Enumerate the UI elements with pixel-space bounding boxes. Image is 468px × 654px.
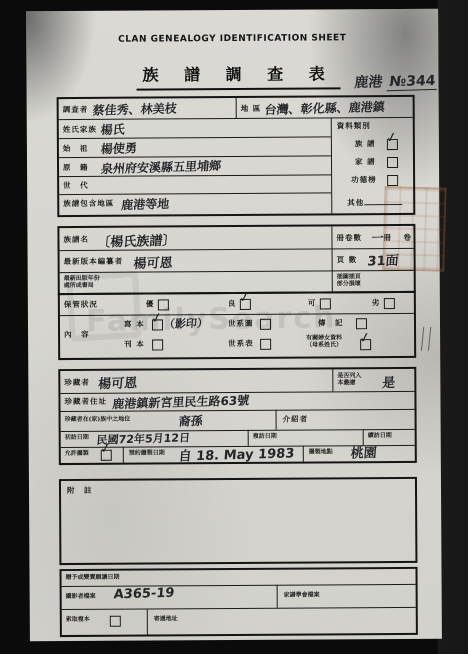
condition-fair-checkbox bbox=[320, 298, 331, 309]
keeper-value: 楊可恩 bbox=[98, 372, 139, 392]
area-label: 地 區 bbox=[241, 105, 262, 114]
first-ancestor-label: 始 祖 bbox=[63, 145, 89, 154]
content-lineage-table-checkbox bbox=[260, 339, 271, 350]
content-women-data-checkbox: ✓ bbox=[360, 339, 371, 350]
pages-value: 31面 bbox=[367, 250, 400, 270]
content-biography-checkbox bbox=[356, 318, 367, 329]
request-copy-label: 索取複本 bbox=[66, 617, 90, 624]
first-visit-label: 初訪日期 bbox=[65, 435, 89, 442]
photographer-file-label: 攝影者檔案 bbox=[66, 594, 96, 601]
introducer-label: 介紹者 bbox=[283, 416, 309, 425]
serial-prefix: 鹿港 bbox=[354, 74, 383, 91]
volumes-unit-ce: 冊 bbox=[383, 234, 392, 243]
condition-poor-label: 劣 bbox=[372, 299, 381, 308]
keeper-label: 珍藏者 bbox=[64, 379, 90, 388]
condition-good-label: 良 bbox=[228, 300, 237, 309]
filming-permitted-checkbox: ✓ bbox=[101, 450, 112, 461]
keeper-position-value: 裔孫 bbox=[178, 412, 203, 430]
content-lineage-table-label: 世系表 bbox=[228, 340, 254, 349]
serial-no: №344 bbox=[387, 73, 438, 91]
area-value: 台灣、彰化縣、鹿港鎮 bbox=[264, 98, 386, 118]
revisit-label: 複訪日期 bbox=[253, 434, 277, 441]
form-paper: FamilySearch CLAN GENEALOGY IDENTIFICATI… bbox=[26, 9, 442, 642]
transfer-date-label: 贈予或變賣願讓日期 bbox=[66, 575, 120, 582]
keeper-position-label: 珍藏者在(家)族中之地位 bbox=[65, 417, 131, 424]
content-printed-checkbox bbox=[152, 339, 163, 350]
category-other-label: 其他 bbox=[347, 196, 402, 208]
notes-label: 附 註 bbox=[67, 487, 93, 496]
pen-tally-marks bbox=[422, 327, 432, 351]
content-manuscript-label: 寫 本 bbox=[124, 321, 145, 330]
coverage-value: 鹿港等地 bbox=[121, 195, 170, 213]
file-numbers-block: 贈予或變賣願讓日期 攝影者檔案 A365-19 家譜學會檔案 索取複本 寄遞地址 bbox=[59, 567, 417, 637]
content-lineage-chart-checkbox bbox=[260, 319, 271, 330]
family-info-block: 調查者 蔡佳秀、林美枝 地 區 台灣、彰化縣、鹿港鎮 姓氏家族 楊氏 始 祖 楊… bbox=[57, 95, 416, 217]
compiler-value: 楊可恩 bbox=[133, 252, 174, 272]
volumes-value: 一 bbox=[371, 229, 384, 246]
genealogy-edition-block: 族譜名 〔楊氏族譜〕 最新版本編纂者 楊可恩 最新出版年份處所或書局 冊卷數 一… bbox=[57, 224, 415, 295]
filming-permitted-label: 允許攝製 bbox=[65, 451, 89, 458]
first-ancestor-value: 楊使勇 bbox=[100, 139, 137, 157]
filming-appointment-label: 預約攝製日期 bbox=[129, 450, 165, 457]
surname-label: 姓氏家族 bbox=[63, 126, 97, 135]
origin-value: 泉州府安溪縣五里埔鄉 bbox=[100, 157, 222, 177]
keeper-filming-block: 珍藏者 楊可恩 是否列入本叢譜 是 珍藏者住址 鹿港鎮新宮里民生路63號 珍藏者… bbox=[58, 367, 417, 465]
photographer-file-value: A365-19 bbox=[113, 586, 175, 603]
category-gongdebang-label: 功德榜 bbox=[351, 176, 377, 185]
condition-good-checkbox: ✓ bbox=[240, 299, 251, 310]
genealogy-title-value: 〔楊氏族譜〕 bbox=[97, 230, 177, 251]
filming-location-value: 桃園 bbox=[350, 442, 378, 462]
surname-value: 楊氏 bbox=[100, 120, 125, 138]
scanned-document-screen: FamilySearch CLAN GENEALOGY IDENTIFICATI… bbox=[0, 0, 468, 654]
content-label: 內 容 bbox=[64, 331, 90, 340]
form-header-english: CLAN GENEALOGY IDENTIFICATION SHEET bbox=[26, 33, 438, 46]
category-jiapu-label: 家 譜 bbox=[355, 158, 376, 167]
notes-block: 附 註 bbox=[59, 477, 418, 565]
serial-number: 鹿港 №344 bbox=[354, 70, 439, 92]
content-women-data-label: 有關婦女資料（母系姓氏） bbox=[306, 335, 342, 349]
genealogy-title-label: 族譜名 bbox=[63, 236, 89, 245]
coverage-label: 族譜包含地區 bbox=[63, 200, 114, 209]
form-title: 族 譜 調 查 表 bbox=[136, 61, 340, 90]
illustrations-damage-label: 插圖插頁部分損壞 bbox=[337, 274, 361, 288]
volumes-unit-juan: 卷 bbox=[403, 234, 412, 243]
surveyor-label: 調查者 bbox=[63, 106, 89, 115]
publication-label: 最新出版年份處所或書局 bbox=[64, 276, 100, 290]
filming-appointment-value: 自 18. May 1983 bbox=[178, 442, 295, 464]
surveyor-value: 蔡佳秀、林美枝 bbox=[92, 99, 177, 118]
filming-location-label: 攝製地點 bbox=[309, 449, 333, 456]
mailing-address-label: 寄遞地址 bbox=[154, 616, 178, 623]
condition-label: 保管狀況 bbox=[64, 301, 98, 310]
condition-poor-checkbox bbox=[384, 298, 395, 309]
category-header: 資料類別 bbox=[337, 122, 371, 131]
keeper-address-label: 珍藏者住址 bbox=[64, 398, 107, 407]
condition-content-block: 保管狀況 優 良 ✓ 可 劣 內 容 寫 本 ✓ （影印） 世系圖 傳 記 刊 … bbox=[58, 291, 416, 360]
next-visit-label: 續訪日期 bbox=[368, 433, 392, 440]
content-printed-label: 刊 本 bbox=[124, 341, 145, 350]
origin-label: 原 籍 bbox=[63, 164, 89, 173]
other-blank-line bbox=[364, 196, 402, 205]
compiler-label: 最新版本編纂者 bbox=[64, 258, 124, 267]
listed-in-series-value: 是 bbox=[382, 372, 397, 391]
content-lineage-chart-label: 世系圖 bbox=[228, 320, 254, 329]
category-zupu-label: 族 譜 bbox=[355, 140, 376, 149]
condition-fair-label: 可 bbox=[308, 299, 317, 308]
listed-in-series-label: 是否列入本叢譜 bbox=[337, 373, 361, 387]
category-jiapu-checkbox bbox=[387, 157, 398, 168]
content-manuscript-checkbox: ✓ bbox=[152, 319, 163, 330]
pages-label: 頁 數 bbox=[337, 256, 358, 265]
category-zupu-checkbox: ✓ bbox=[387, 139, 398, 150]
category-gongdebang-checkbox bbox=[387, 175, 398, 186]
request-copy-checkbox bbox=[110, 616, 121, 627]
volumes-label: 冊卷數 bbox=[336, 234, 362, 243]
content-biography-label: 傳 記 bbox=[318, 319, 344, 328]
condition-excellent-label: 優 bbox=[146, 300, 155, 309]
generations-label: 世 代 bbox=[63, 182, 89, 191]
society-file-label: 家譜學會檔案 bbox=[284, 592, 320, 599]
content-manuscript-note: （影印） bbox=[163, 315, 208, 332]
